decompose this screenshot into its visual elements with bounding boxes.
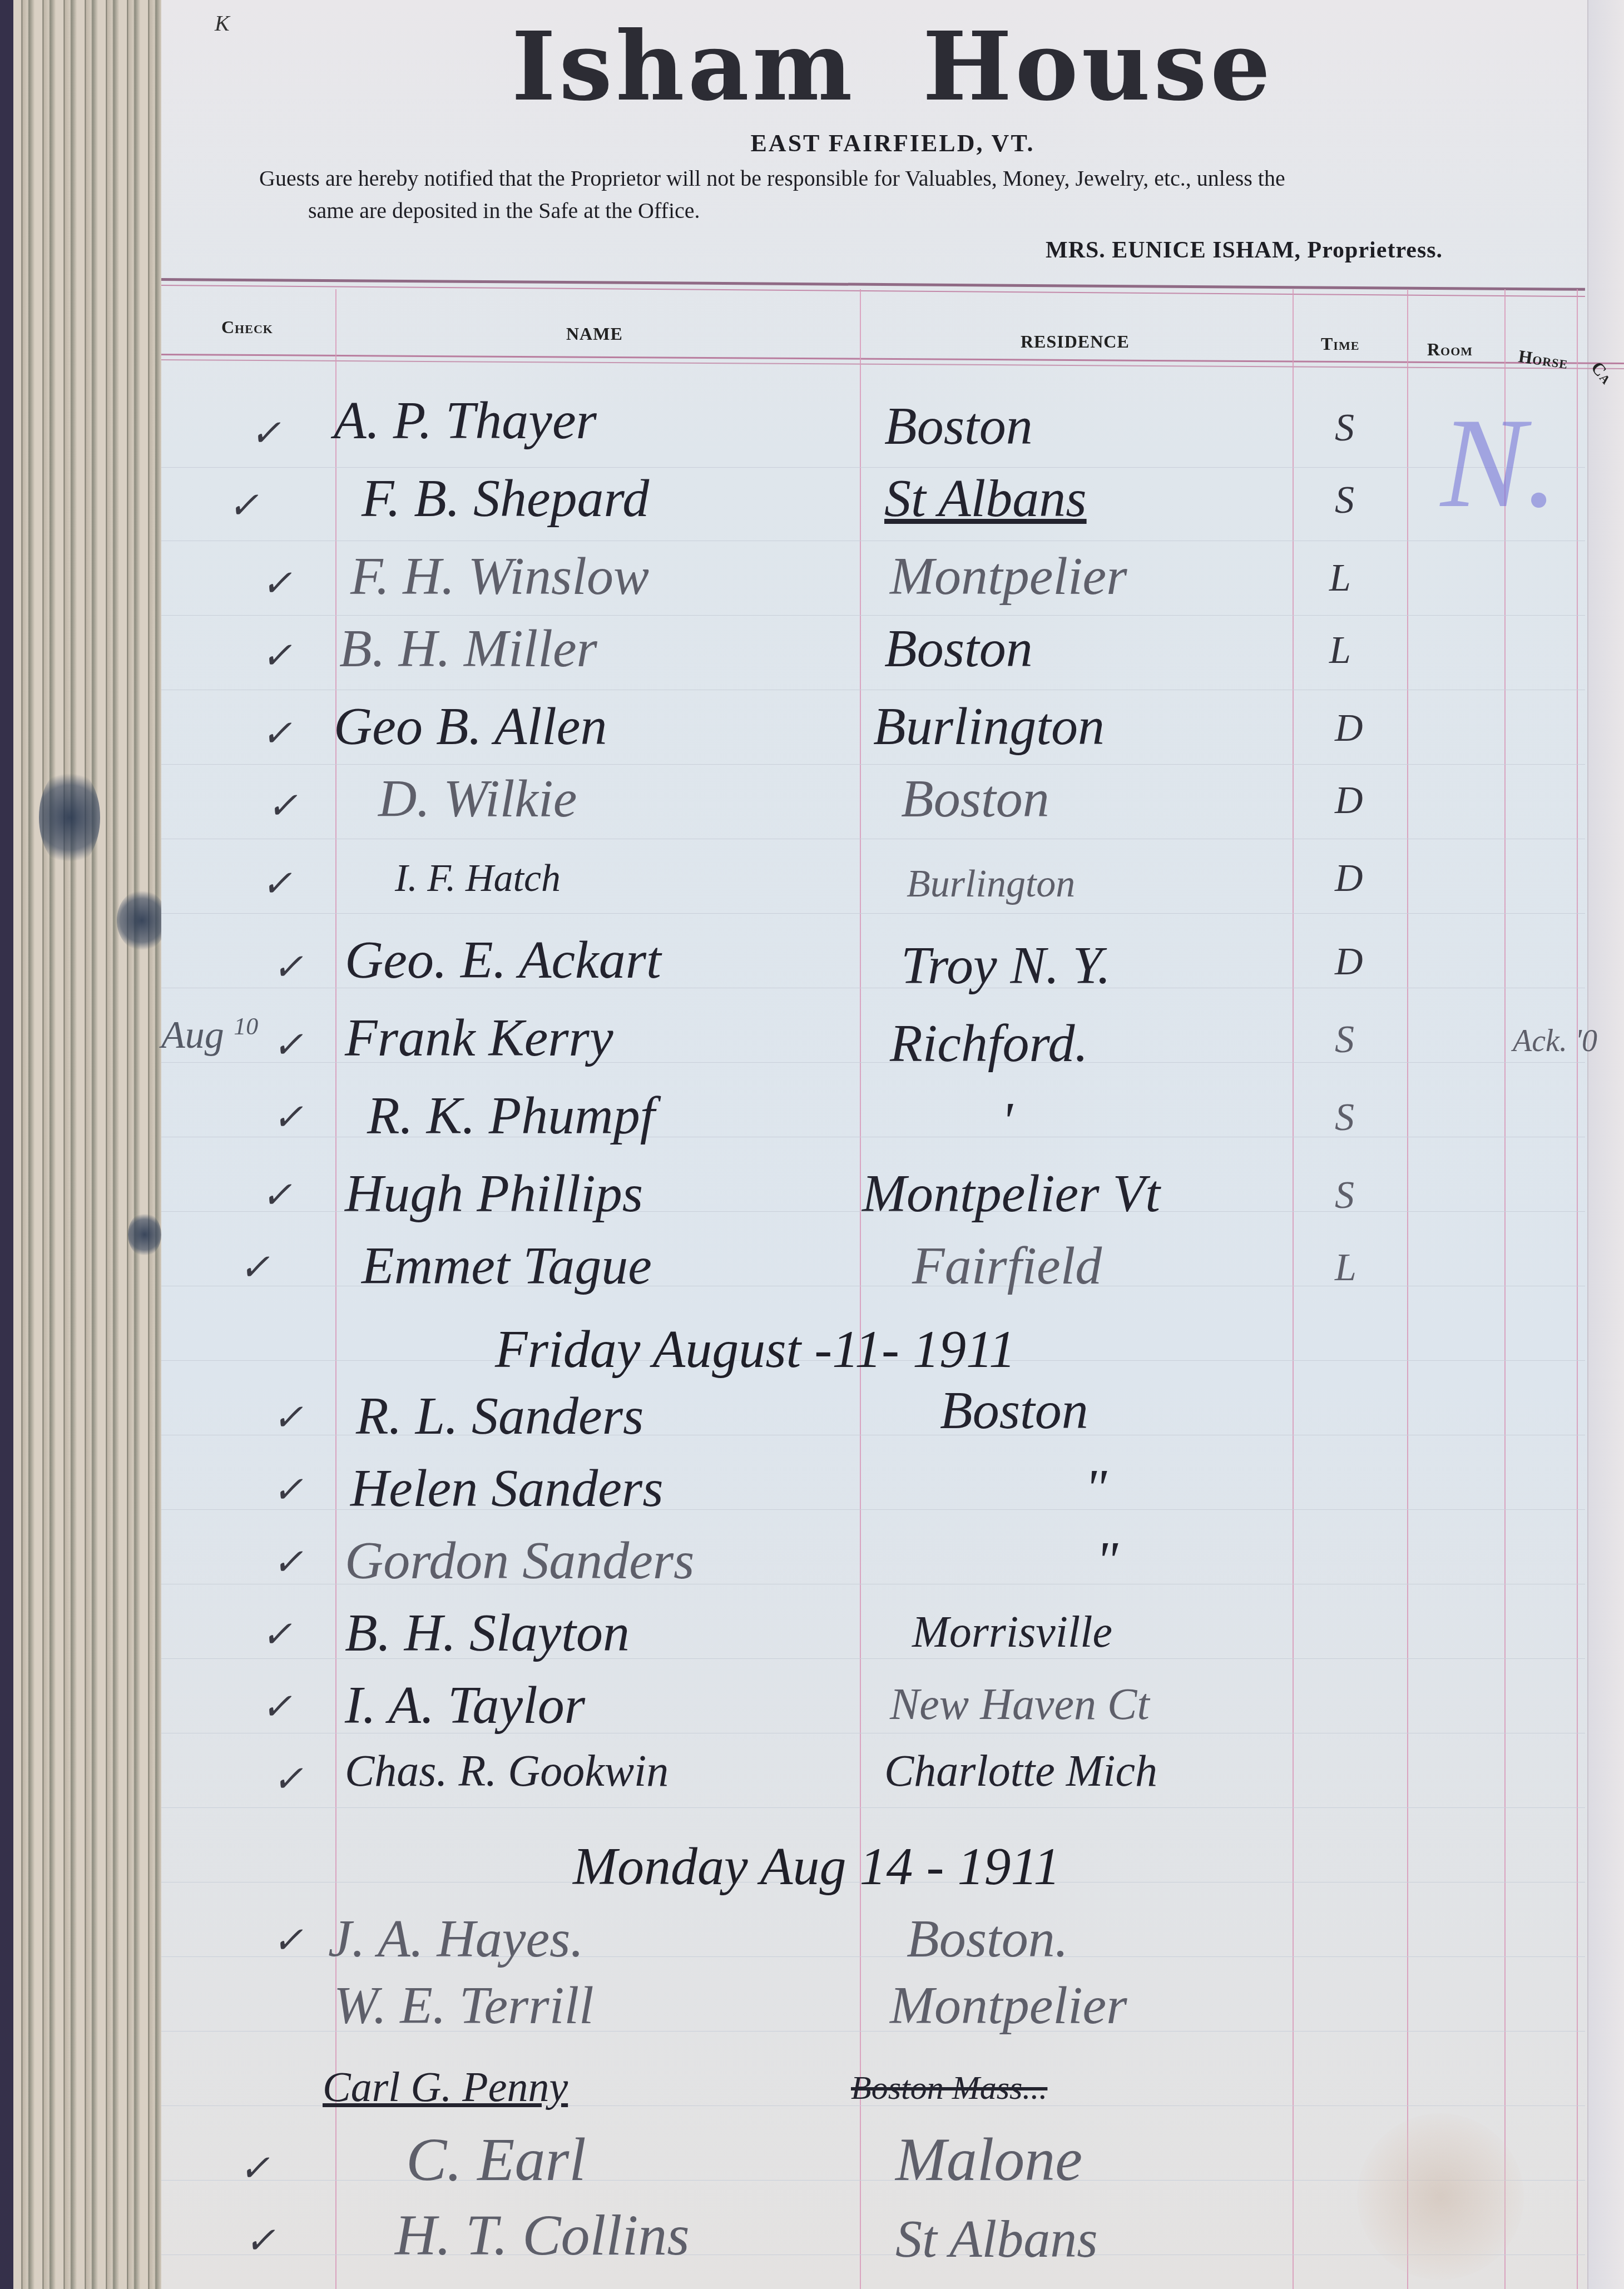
- register-row: ✓ F. B. Shepard St Albans S: [161, 478, 1585, 545]
- check-mark: ✓: [261, 712, 292, 755]
- check-mark: ✓: [273, 1540, 303, 1584]
- guest-name: I. A. Taylor: [345, 1674, 585, 1736]
- guest-residence: New Haven Ct: [890, 1679, 1150, 1730]
- rule: [161, 354, 1624, 364]
- guest-name: Geo. E. Ackart: [345, 929, 661, 990]
- check-mark: ✓: [261, 1613, 292, 1656]
- time-mark: D: [1335, 940, 1363, 984]
- check-mark: ✓: [250, 412, 281, 455]
- time-mark: L: [1329, 556, 1351, 601]
- guest-residence: Troy N. Y.: [901, 934, 1111, 996]
- ink-stain: [117, 890, 167, 951]
- register-page: K IshamHouse EAST FAIRFIELD, VT. Guests …: [161, 0, 1624, 2289]
- time-mark: L: [1335, 1246, 1356, 1290]
- register-row: W. E. Terrill Montpelier: [161, 1980, 1585, 2047]
- guest-residence: Richford.: [890, 1012, 1088, 1074]
- column-header-residence: RESIDENCE: [1021, 331, 1130, 352]
- register-row: ✓ B. H. Slayton Morrisville: [161, 1607, 1585, 1674]
- ink-stain: [128, 1212, 161, 1257]
- register-row: ✓ Gordon Sanders ": [161, 1535, 1585, 1602]
- register-row: ✓ I. F. Hatch Burlington D: [161, 856, 1585, 923]
- location: EAST FAIRFIELD, VT.: [161, 129, 1624, 157]
- register-row: ✓ R. L. Sanders Boston: [161, 1390, 1585, 1457]
- horse-note: Ack. '0: [1513, 1023, 1597, 1059]
- guest-name: F. H. Winslow: [350, 545, 649, 607]
- check-mark: ✓: [261, 562, 292, 605]
- guest-residence: Boston: [940, 1379, 1088, 1441]
- register-row: ✓ B. H. Miller Boston L: [161, 623, 1585, 690]
- guest-name: F. B. Shepard: [362, 467, 649, 529]
- check-mark: ✓: [273, 945, 303, 989]
- guest-name: Emmet Tague: [362, 1235, 652, 1296]
- column-header-time: Time: [1321, 334, 1359, 354]
- register-row: Carl G. Penny Boston Mass...: [161, 2069, 1585, 2136]
- guest-residence: Montpelier: [890, 545, 1127, 607]
- date-heading-monday: Monday Aug 14 - 1911: [573, 1835, 1060, 1897]
- check-mark: ✓: [261, 1173, 292, 1217]
- guest-name: Chas. R. Gookwin: [345, 1746, 669, 1797]
- book-page-edges: [0, 0, 161, 2289]
- guest-name: Frank Kerry: [345, 1007, 613, 1068]
- check-mark: ✓: [261, 634, 292, 677]
- guest-name: R. K. Phumpf: [367, 1084, 655, 1146]
- guest-residence: Boston.: [907, 1907, 1068, 1969]
- register-row: ✓ I. A. Taylor New Haven Ct: [161, 1679, 1585, 1746]
- check-mark: ✓: [273, 1757, 303, 1801]
- proprietress: MRS. EUNICE ISHAM, Proprietress.: [1046, 237, 1443, 264]
- guest-name: D. Wilkie: [378, 767, 577, 829]
- guest-name: I. F. Hatch: [395, 856, 561, 901]
- notice: Guests are hereby notified that the Prop…: [259, 162, 1616, 227]
- guest-residence: Boston: [884, 395, 1033, 457]
- guest-residence: ': [1001, 1090, 1013, 1152]
- guest-name: Geo B. Allen: [334, 695, 607, 757]
- rule: [161, 278, 1585, 291]
- register-row: ✓ Chas. R. Gookwin Charlotte Mich: [161, 1752, 1585, 1819]
- title-word-2: House: [923, 11, 1274, 122]
- guest-name: B. H. Slayton: [345, 1602, 630, 1663]
- guest-name: J. A. Hayes.: [328, 1907, 583, 1969]
- check-mark: ✓: [239, 1246, 270, 1289]
- column-header-horse: Horse: [1517, 346, 1569, 373]
- guest-residence: Montpelier: [890, 1974, 1127, 2036]
- guest-name: H. T. Collins: [395, 2202, 690, 2268]
- guest-residence: Charlotte Mich: [884, 1746, 1157, 1797]
- page-curl: [1587, 0, 1624, 2289]
- guest-residence: Fairfield: [912, 1235, 1102, 1296]
- register-row: ✓ Hugh Phillips Montpelier Vt S: [161, 1168, 1585, 1235]
- guest-residence: Burlington: [907, 862, 1075, 906]
- check-mark: ✓: [228, 484, 259, 527]
- column-header-check: Check: [221, 317, 273, 338]
- ink-stain: [39, 767, 100, 868]
- register-row: ✓ A. P. Thayer Boston S: [161, 400, 1585, 467]
- check-mark: ✓: [239, 2147, 270, 2190]
- check-mark: ✓: [273, 1919, 303, 1962]
- guest-residence: Morrisville: [912, 1607, 1112, 1658]
- check-mark: ✓: [273, 1396, 303, 1439]
- column-header-room: Room: [1427, 339, 1473, 360]
- time-mark: S: [1335, 1096, 1354, 1140]
- water-stain: [1357, 2113, 1524, 2280]
- guest-residence: Burlington: [873, 695, 1105, 757]
- register-row: ✓ R. K. Phumpf ' S: [161, 1090, 1585, 1157]
- guest-residence: Montpelier Vt: [862, 1162, 1160, 1224]
- time-mark: D: [1335, 706, 1363, 751]
- time-mark: D: [1335, 779, 1363, 823]
- notice-line-2: same are deposited in the Safe at the Of…: [259, 195, 1616, 227]
- guest-name: Carl G. Penny: [323, 2063, 568, 2112]
- guest-name: Gordon Sanders: [345, 1529, 694, 1591]
- register-row: ✓ Geo. E. Ackart Troy N. Y. D: [161, 934, 1585, 1001]
- guest-residence: St Albans: [884, 467, 1087, 529]
- time-mark: S: [1335, 406, 1354, 450]
- title-word-1: Isham: [512, 11, 856, 122]
- guest-residence: Boston: [901, 767, 1049, 829]
- check-mark: ✓: [273, 1096, 303, 1139]
- guest-name: B. H. Miller: [339, 617, 597, 679]
- check-mark: ✓: [261, 862, 292, 905]
- check-mark: ✓: [267, 784, 298, 828]
- check-mark: ✓: [245, 2219, 275, 2262]
- guest-name: A. P. Thayer: [334, 389, 597, 451]
- notice-line-1: Guests are hereby notified that the Prop…: [259, 166, 1285, 191]
- guest-residence: ": [1096, 1529, 1118, 1591]
- guest-residence: ": [1085, 1457, 1107, 1519]
- check-mark: ✓: [261, 1685, 292, 1728]
- guest-residence: Boston Mass...: [851, 2069, 1047, 2107]
- guest-name: R. L. Sanders: [356, 1385, 643, 1446]
- time-mark: S: [1335, 1173, 1354, 1218]
- guest-name: W. E. Terrill: [334, 1974, 594, 2036]
- date-heading-friday: Friday August -11- 1911: [495, 1318, 1016, 1380]
- guest-name: C. Earl: [406, 2124, 586, 2195]
- ruled-line: [161, 690, 1585, 690]
- time-mark: D: [1335, 856, 1363, 901]
- margin-month: Aug: [161, 1014, 224, 1057]
- column-header-name: NAME: [566, 324, 623, 344]
- guest-name: Helen Sanders: [350, 1457, 664, 1519]
- guest-residence: St Albans: [895, 2208, 1098, 2270]
- register-row: ✓ Emmet Tague Fairfield L: [161, 1240, 1585, 1307]
- register-row: ✓ Geo B. Allen Burlington D: [161, 701, 1585, 767]
- register-row: ✓ Helen Sanders ": [161, 1463, 1585, 1529]
- check-mark: ✓: [273, 1468, 303, 1512]
- time-mark: S: [1335, 1018, 1354, 1062]
- check-mark: ✓: [273, 1023, 303, 1067]
- margin-date-note: Aug 10: [161, 1012, 258, 1058]
- guest-residence: Boston: [884, 617, 1033, 679]
- page-title: IshamHouse: [161, 11, 1624, 122]
- register-row: ✓ F. H. Winslow Montpelier L: [161, 551, 1585, 617]
- margin-day: 10: [234, 1013, 258, 1040]
- time-mark: S: [1335, 478, 1354, 523]
- time-mark: L: [1329, 628, 1351, 673]
- guest-name: Hugh Phillips: [345, 1162, 643, 1224]
- register-row: ✓ J. A. Hayes. Boston.: [161, 1913, 1585, 1980]
- register-row: ✓ Frank Kerry Richford. S Ack. '0: [161, 1012, 1585, 1079]
- register-row: ✓ D. Wilkie Boston D: [161, 773, 1585, 840]
- guest-residence: Malone: [895, 2124, 1082, 2195]
